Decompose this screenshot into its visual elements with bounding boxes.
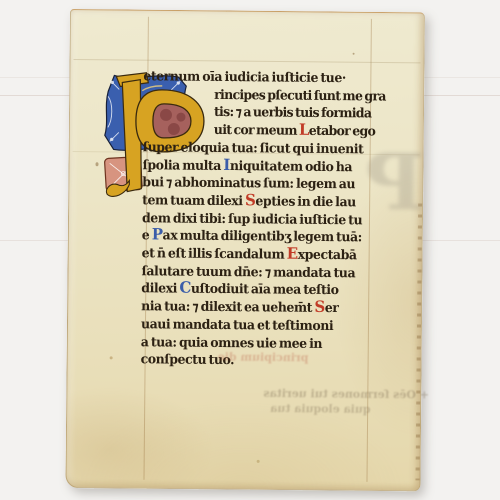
line-text: eternum oīa iudicia iuſticie tue·: [143, 68, 346, 86]
versal-initial: E: [287, 244, 298, 263]
text-block: eternum oīa iudicia iuſticie tue·rincipe…: [141, 67, 382, 370]
crease-line: [74, 59, 421, 63]
versal-initial: S: [314, 297, 325, 316]
line-text: a tua: quia omnes uie mee in: [141, 333, 322, 350]
vellum-speck: [257, 460, 260, 463]
line-text: ſuper eloquia tua: ſicut qui inuenit: [143, 139, 364, 157]
line-text: nia tua: ⁊ dilexit ea uehem̄t: [141, 298, 314, 315]
line-text: uaui mandata tua et teſtimoni: [141, 316, 333, 333]
versal-initial: S: [245, 191, 256, 210]
line-text: etabor ego: [309, 122, 376, 138]
versal-initial: P: [152, 225, 163, 244]
line-text: tis: ⁊ a uerbis tuis formida: [214, 104, 371, 121]
vellum-speck: [95, 162, 98, 166]
manuscript-leaf: P: [65, 9, 425, 491]
line-text: ſalutare tuum dn̄e: ⁊ mandata tua: [141, 262, 355, 280]
versal-initial: L: [299, 120, 309, 139]
line-text: er: [325, 300, 339, 316]
edge-staining: [415, 203, 422, 480]
text-line: uit cor meum Letabor ego: [214, 120, 381, 140]
text-line: eternum oīa iudicia iuſticie tue·: [143, 67, 381, 88]
line-text: epties in die lau: [255, 193, 355, 210]
line-text: uſtodiuit aīa mea teſtio: [191, 281, 339, 298]
line-text: e: [142, 227, 152, 243]
ghost-text-line1: + Oēs ſermones tui ueritas: [263, 387, 429, 402]
line-text: uit cor meum: [214, 122, 299, 138]
line-text: tem tuam dilexi: [142, 192, 245, 209]
versal-initial: C: [179, 278, 191, 297]
line-text: bui ⁊ abhominatus ſum: legem au: [142, 174, 355, 192]
line-text: conſpectu tuo.: [141, 351, 235, 367]
line-text: xpectabā: [298, 246, 357, 262]
vellum-speck: [353, 53, 355, 55]
vellum-speck: [110, 356, 113, 359]
line-text: dilexi: [141, 280, 179, 296]
line-text: rincipes pſecuti ſunt me gra: [214, 86, 386, 103]
text-line: conſpectu tuo.: [141, 350, 379, 371]
line-text: ax multa diligentibʒ legem tuā:: [163, 227, 362, 245]
line-text: et n̄ eſt illis ſcandalum: [142, 245, 287, 262]
line-text: ſpolia multa: [142, 156, 223, 172]
line-text: dem dixi tibi: ſup iudicia iuſticie tu: [142, 209, 362, 227]
line-text: niquitatem odio ha: [230, 157, 352, 174]
ghost-text-line2: quia eloquia tua: [270, 402, 370, 416]
photograph-background: P: [0, 0, 500, 500]
